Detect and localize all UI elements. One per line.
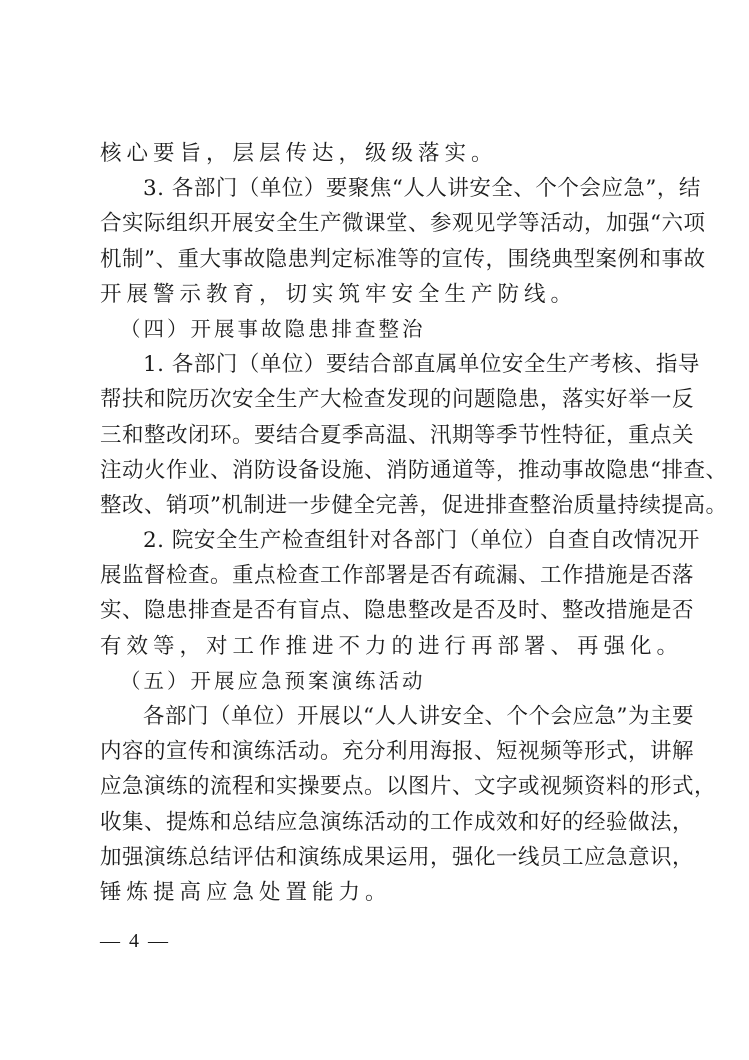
body-text-line: 核心要旨，层层传达，级级落实。: [100, 136, 650, 171]
body-text-line: 整改、销项”机制进一步健全完善，促进排查整治质量持续提高。: [100, 488, 650, 523]
body-text-line: 开展警示教育，切实筑牢安全生产防线。: [100, 277, 650, 312]
list-item-3-line: 3. 各部门（单位）要聚焦“人人讲安全、个个会应急”，结: [100, 171, 650, 206]
body-text-line: 机制”、重大事故隐患判定标准等的宣传，围绕典型案例和事故: [100, 242, 650, 277]
section-heading-4: （四）开展事故隐患排查整治: [100, 312, 650, 347]
section-heading-5: （五）开展应急预案演练活动: [100, 664, 650, 699]
body-text-line: 三和整改闭环。要结合夏季高温、汛期等季节性特征，重点关: [100, 418, 650, 453]
body-text-line: 帮扶和院历次安全生产大检查发现的问题隐患，落实好举一反: [100, 382, 650, 417]
body-text-line: 内容的宣传和演练活动。充分利用海报、短视频等形式，讲解: [100, 734, 650, 769]
paragraph-first-line: 各部门（单位）开展以“人人讲安全、个个会应急”为主要: [100, 699, 650, 734]
body-text-line: 合实际组织开展安全生产微课堂、参观见学等活动，加强“六项: [100, 206, 650, 241]
list-item-2-line: 2. 院安全生产检查组针对各部门（单位）自查自改情况开: [100, 523, 650, 558]
body-text-line: 实、隐患排查是否有盲点、隐患整改是否及时、整改措施是否: [100, 593, 650, 628]
list-item-1-line: 1. 各部门（单位）要结合部直属单位安全生产考核、指导: [100, 347, 650, 382]
body-text-line: 有效等，对工作推进不力的进行再部署、再强化。: [100, 629, 650, 664]
body-text-line: 注动火作业、消防设备设施、消防通道等，推动事故隐患“排查、: [100, 453, 650, 488]
body-text-line: 锤炼提高应急处置能力。: [100, 875, 650, 910]
document-page: 核心要旨，层层传达，级级落实。 3. 各部门（单位）要聚焦“人人讲安全、个个会应…: [100, 136, 650, 910]
body-text-line: 展监督检查。重点检查工作部署是否有疏漏、工作措施是否落: [100, 558, 650, 593]
body-text-line: 应急演练的流程和实操要点。以图片、文字或视频资料的形式，: [100, 769, 650, 804]
body-text-line: 收集、提炼和总结应急演练活动的工作成效和好的经验做法，: [100, 805, 650, 840]
page-number: — 4 —: [100, 930, 170, 953]
body-text-line: 加强演练总结评估和演练成果运用，强化一线员工应急意识，: [100, 840, 650, 875]
